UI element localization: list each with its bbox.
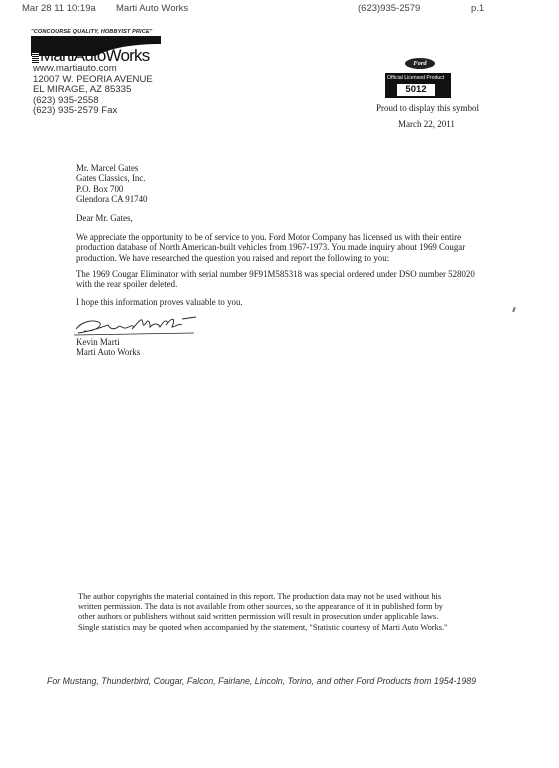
logo-wordmark: MartiAutoWorks <box>40 47 149 64</box>
badge-label: Official Licensed Product <box>387 75 451 81</box>
fax-page-number: p.1 <box>471 3 484 14</box>
signer-company: Marti Auto Works <box>76 347 140 357</box>
copyright-line: other authors or publishers without said… <box>78 612 515 622</box>
copyright-notice: The author copyrights the material conta… <box>78 592 515 633</box>
fax-datetime: Mar 28 11 10:19a <box>22 3 96 14</box>
recipient-name: Mr. Marcel Gates <box>76 163 148 173</box>
recipient-po-box: P.O. Box 700 <box>76 184 148 194</box>
badge-caption: Proud to display this symbol <box>376 103 479 113</box>
copyright-line: Single statistics may be quoted when acc… <box>78 623 515 633</box>
copyright-line: The author copyrights the material conta… <box>78 592 515 602</box>
products-tagline: For Mustang, Thunderbird, Cougar, Falcon… <box>47 676 476 686</box>
logo-graphic: MartiAutoWorks <box>31 36 161 64</box>
paragraph-line: production database of North American-bu… <box>76 242 516 252</box>
paragraph-line: with the rear spoiler deleted. <box>76 279 516 289</box>
signer-block: Kevin Marti Marti Auto Works <box>76 337 140 358</box>
fax-sender: Marti Auto Works <box>116 3 188 14</box>
company-logo: "CONCOURSE QUALITY, HOBBYIST PRICE" Mart… <box>31 29 161 64</box>
signer-name: Kevin Marti <box>76 337 140 347</box>
fax-number: (623) 935-2579 Fax <box>33 106 153 117</box>
recipient-address: Mr. Marcel Gates Gates Classics, Inc. P.… <box>76 163 148 205</box>
licensed-product-badge: Official Licensed Product 5012 <box>385 73 451 98</box>
company-address: www.martiauto.com 12007 W. PEORIA AVENUE… <box>33 64 153 117</box>
letter-date: March 22, 2011 <box>398 119 455 129</box>
fax-header: Mar 28 11 10:19a Marti Auto Works (623)9… <box>0 3 559 17</box>
fax-phone: (623)935-2579 <box>358 3 420 14</box>
paragraph-line: The 1969 Cougar Eliminator with serial n… <box>76 269 516 279</box>
logo-stripes-icon <box>32 52 39 63</box>
paragraph-intro: We appreciate the opportunity to be of s… <box>76 232 516 263</box>
scan-artifact <box>512 307 516 312</box>
paragraph-line: production. We have researched the quest… <box>76 253 516 263</box>
recipient-company: Gates Classics, Inc. <box>76 173 148 183</box>
website-link[interactable]: www.martiauto.com <box>33 64 153 75</box>
ford-logo-icon: Ford <box>405 58 435 69</box>
paragraph-findings: The 1969 Cougar Eliminator with serial n… <box>76 269 516 290</box>
copyright-line: written permission. The data is not avai… <box>78 602 515 612</box>
signature-image <box>72 315 204 337</box>
paragraph-closing: I hope this information proves valuable … <box>76 297 243 307</box>
paragraph-line: We appreciate the opportunity to be of s… <box>76 232 516 242</box>
logo-tagline: "CONCOURSE QUALITY, HOBBYIST PRICE" <box>31 29 161 35</box>
recipient-city: Glendora CA 91740 <box>76 194 148 204</box>
badge-number: 5012 <box>397 84 435 96</box>
salutation: Dear Mr. Gates, <box>76 213 133 223</box>
